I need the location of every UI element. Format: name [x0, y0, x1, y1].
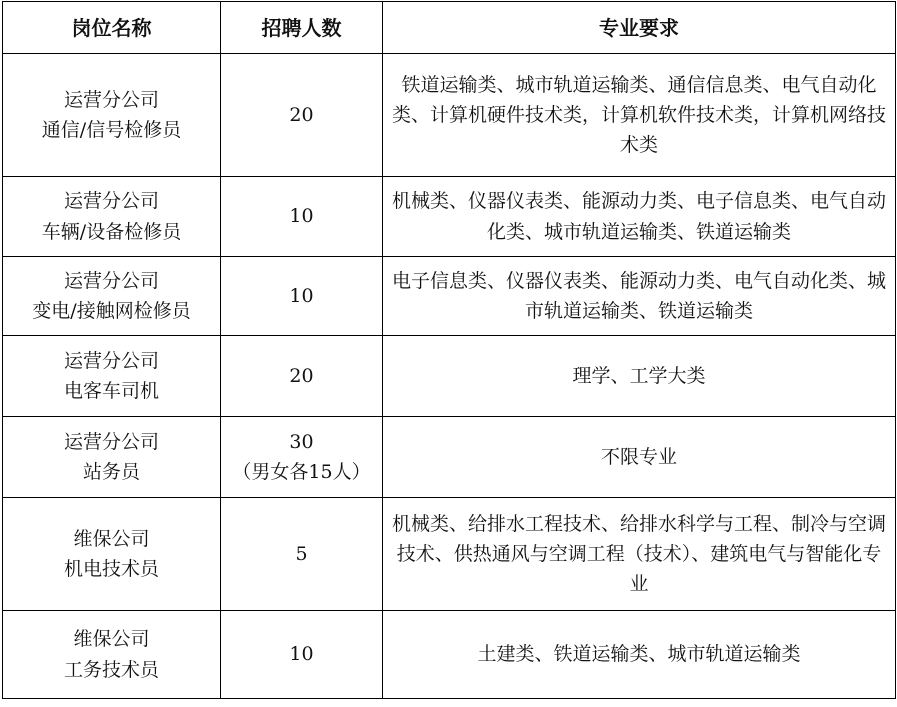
count-cell: 10	[221, 257, 383, 336]
table-row: 维保公司 机电技术员 5 机械类、给排水工程技术、给排水科学与工程、制冷与空调技…	[3, 498, 896, 611]
requirements-cell: 土建类、铁道运输类、城市轨道运输类	[383, 611, 896, 699]
table-row: 运营分公司 变电/接触网检修员 10 电子信息类、仪器仪表类、能源动力类、电气自…	[3, 257, 896, 336]
position-cell: 运营分公司 站务员	[3, 417, 221, 498]
recruitment-table: 岗位名称 招聘人数 专业要求 运营分公司 通信/信号检修员 20 铁道运输类、城…	[2, 1, 896, 699]
position-cell: 运营分公司 车辆/设备检修员	[3, 177, 221, 257]
count-cell: 20	[221, 54, 383, 177]
table-header-row: 岗位名称 招聘人数 专业要求	[3, 2, 896, 54]
table-row: 运营分公司 站务员 30 （男女各15人） 不限专业	[3, 417, 896, 498]
header-count: 招聘人数	[221, 2, 383, 54]
requirements-cell: 铁道运输类、城市轨道运输类、通信信息类、电气自动化类、计算机硬件技术类，计算机软…	[383, 54, 896, 177]
position-cell: 维保公司 工务技术员	[3, 611, 221, 699]
count-cell: 5	[221, 498, 383, 611]
position-cell: 运营分公司 变电/接触网检修员	[3, 257, 221, 336]
requirements-cell: 不限专业	[383, 417, 896, 498]
count-cell: 10	[221, 611, 383, 699]
requirements-cell: 机械类、给排水工程技术、给排水科学与工程、制冷与空调技术、供热通风与空调工程（技…	[383, 498, 896, 611]
table-row: 运营分公司 通信/信号检修员 20 铁道运输类、城市轨道运输类、通信信息类、电气…	[3, 54, 896, 177]
table-row: 维保公司 工务技术员 10 土建类、铁道运输类、城市轨道运输类	[3, 611, 896, 699]
position-cell: 运营分公司 电客车司机	[3, 336, 221, 417]
requirements-cell: 电子信息类、仪器仪表类、能源动力类、电气自动化类、城市轨道运输类、铁道运输类	[383, 257, 896, 336]
header-position: 岗位名称	[3, 2, 221, 54]
table-row: 运营分公司 车辆/设备检修员 10 机械类、仪器仪表类、能源动力类、电子信息类、…	[3, 177, 896, 257]
count-cell: 30 （男女各15人）	[221, 417, 383, 498]
header-requirements: 专业要求	[383, 2, 896, 54]
requirements-cell: 理学、工学大类	[383, 336, 896, 417]
requirements-cell: 机械类、仪器仪表类、能源动力类、电子信息类、电气自动化类、城市轨道运输类、铁道运…	[383, 177, 896, 257]
table-row: 运营分公司 电客车司机 20 理学、工学大类	[3, 336, 896, 417]
count-cell: 20	[221, 336, 383, 417]
position-cell: 运营分公司 通信/信号检修员	[3, 54, 221, 177]
count-cell: 10	[221, 177, 383, 257]
position-cell: 维保公司 机电技术员	[3, 498, 221, 611]
